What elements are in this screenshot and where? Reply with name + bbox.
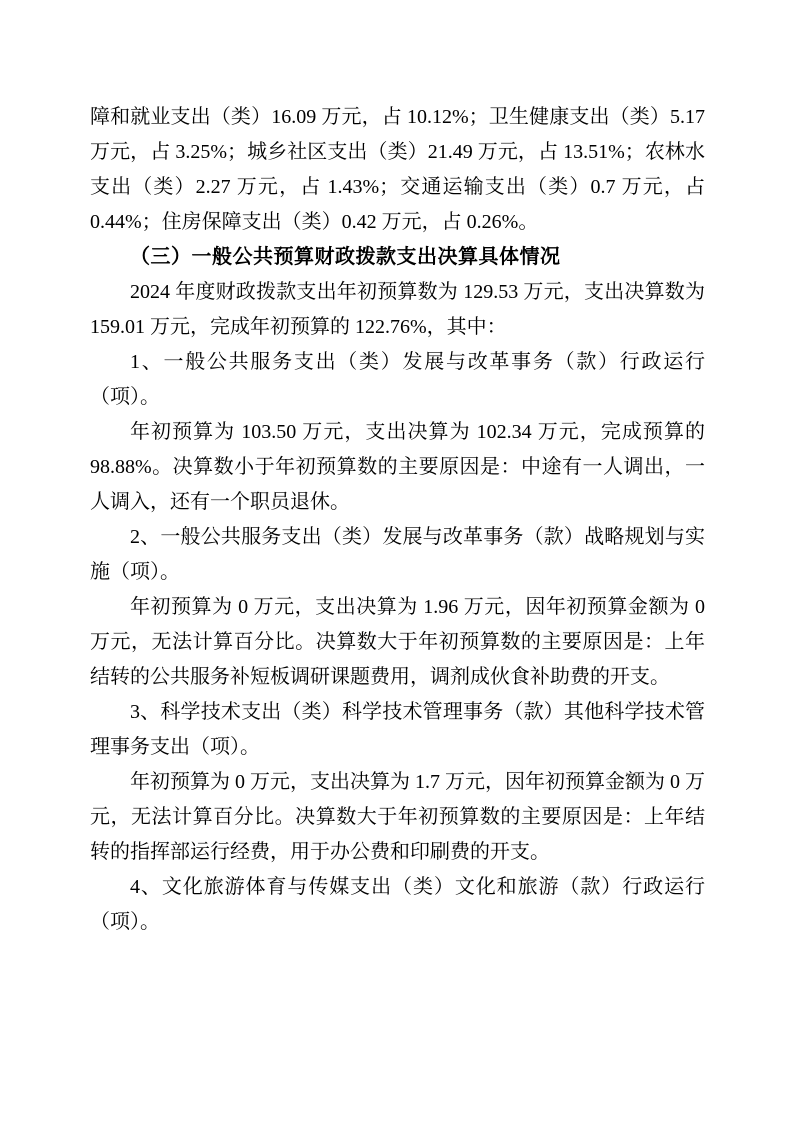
- paragraph: 4、文化旅游体育与传媒支出（类）文化和旅游（款）行政运行（项）。: [90, 870, 705, 940]
- document-page: 障和就业支出（类）16.09 万元，占 10.12%；卫生健康支出（类）5.17…: [0, 0, 793, 1122]
- paragraph: 2024 年度财政拨款支出年初预算数为 129.53 万元，支出决算数为 159…: [90, 275, 705, 345]
- paragraph: 2、一般公共服务支出（类）发展与改革事务（款）战略规划与实施（项）。: [90, 520, 705, 590]
- paragraph: 1、一般公共服务支出（类）发展与改革事务（款）行政运行（项）。: [90, 345, 705, 415]
- paragraph: 年初预算为 0 万元，支出决算为 1.7 万元，因年初预算金额为 0 万元，无法…: [90, 765, 705, 870]
- paragraph: 年初预算为 103.50 万元，支出决算为 102.34 万元，完成预算的 98…: [90, 415, 705, 520]
- paragraph: 3、科学技术支出（类）科学技术管理事务（款）其他科学技术管理事务支出（项）。: [90, 695, 705, 765]
- section-heading: （三）一般公共预算财政拨款支出决算具体情况: [90, 240, 705, 275]
- paragraph: 障和就业支出（类）16.09 万元，占 10.12%；卫生健康支出（类）5.17…: [90, 100, 705, 240]
- document-body: 障和就业支出（类）16.09 万元，占 10.12%；卫生健康支出（类）5.17…: [90, 100, 705, 940]
- paragraph: 年初预算为 0 万元，支出决算为 1.96 万元，因年初预算金额为 0 万元，无…: [90, 590, 705, 695]
